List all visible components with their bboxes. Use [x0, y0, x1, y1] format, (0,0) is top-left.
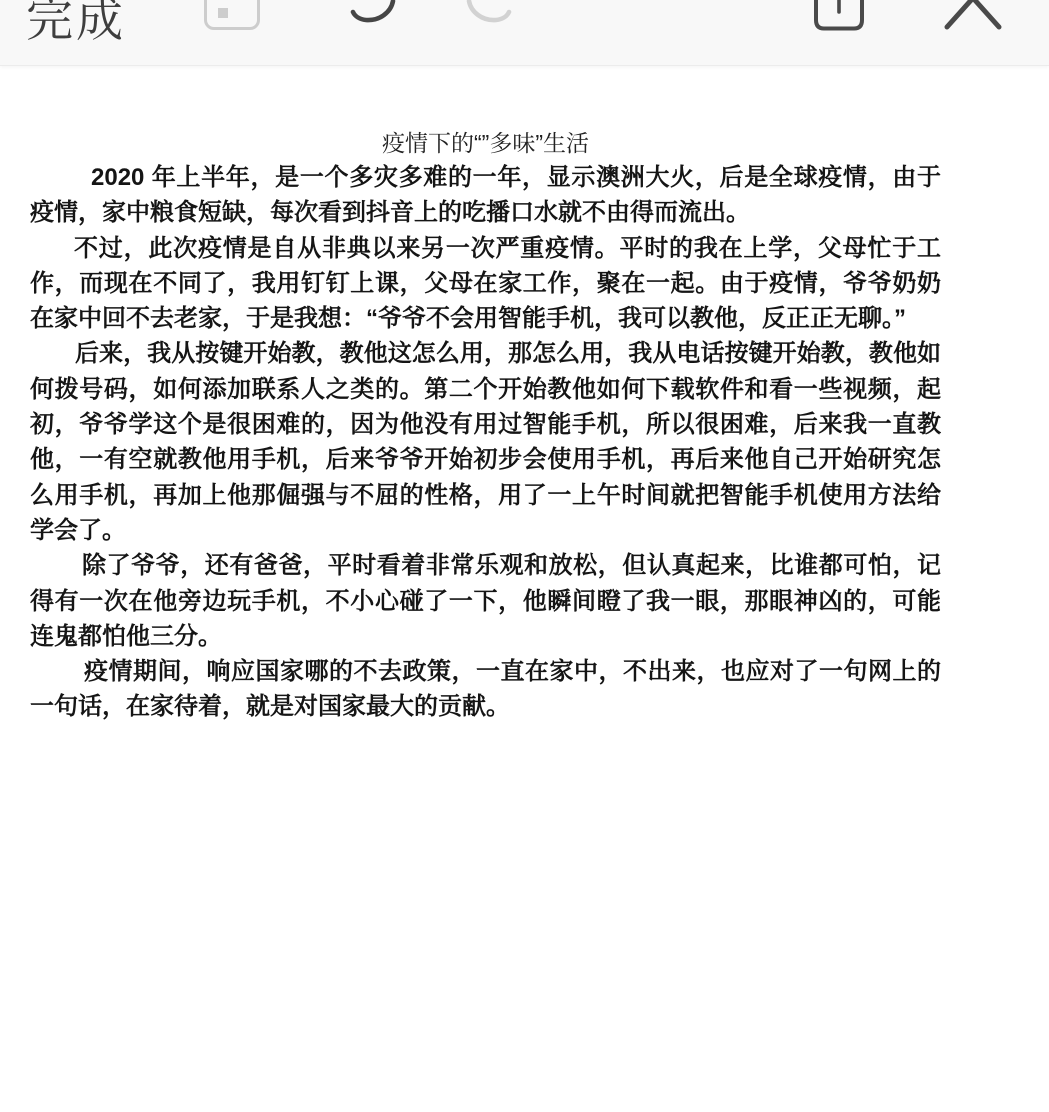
done-button[interactable]: 完成: [26, 0, 126, 50]
redo-icon[interactable]: [466, 0, 512, 31]
paragraph-4: 除了爷爷，还有爸爸，平时看着非常乐观和放松，但认真起来，比谁都可怕，记得有一次在…: [30, 548, 941, 654]
paragraph-3: 后来，我从按键开始教，教他这怎么用，那怎么用，我从电话按键开始教，教他如何拨号码…: [30, 336, 941, 548]
paragraph-2: 不过，此次疫情是自从非典以来另一次严重疫情。平时的我在上学，父母忙于工作，而现在…: [30, 231, 941, 337]
paragraph-5: 疫情期间，响应国家哪的不去政策，一直在家中，不出来，也应对了一句网上的一句话，在…: [30, 654, 941, 725]
save-icon[interactable]: [204, 0, 260, 30]
close-icon[interactable]: [944, 0, 1002, 35]
document-title: 疫情下的“”多味”生活: [30, 130, 941, 156]
paragraph-1: 2020 年上半年，是一个多灾多难的一年，显示澳洲大火，后是全球疫情，由于疫情，…: [30, 160, 941, 231]
toolbar: 完成: [0, 0, 1049, 66]
document-canvas[interactable]: 疫情下的“”多味”生活 2020 年上半年，是一个多灾多难的一年，显示澳洲大火，…: [0, 66, 1049, 725]
undo-icon[interactable]: [350, 0, 396, 31]
share-icon[interactable]: [813, 0, 865, 37]
